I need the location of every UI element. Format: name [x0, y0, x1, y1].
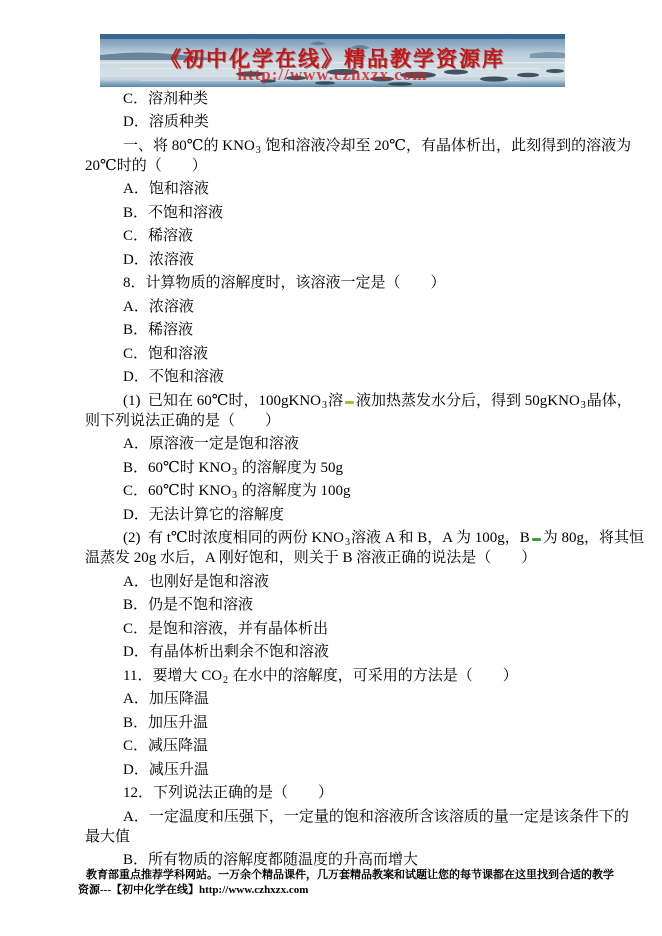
text-line: C．60℃时 KNO3 的溶解度为 100g — [85, 481, 615, 501]
green-proofing-mark-icon — [532, 538, 541, 541]
text-line: 20℃时的（ ） — [85, 156, 615, 176]
chemical-subscript: 2 — [223, 675, 228, 686]
text-line: A．一定温度和压强下，一定量的饱和溶液所含该溶质的量一定是该条件下的 — [85, 807, 615, 827]
page-footer: 教育部重点推荐学科网站。一万余个精品课件，几万套精品教案和试题让您的每节课都在这… — [78, 868, 588, 897]
chemical-subscript: 3 — [256, 145, 261, 156]
text-line: A．也刚好是饱和溶液 — [85, 572, 615, 592]
text-line: D．浓溶液 — [85, 250, 615, 270]
text-line: B．加压升温 — [85, 713, 615, 733]
yellow-proofing-mark-icon — [345, 401, 354, 404]
text-line: 12．下列说法正确的是（ ） — [85, 783, 615, 803]
text-line: 8．计算物质的溶解度时，该溶液一定是（ ） — [85, 273, 615, 293]
banner-site-url: http://www.czhxzx.com — [100, 65, 565, 85]
text-line: C．稀溶液 — [85, 226, 615, 246]
document-body: C．溶剂种类D．溶质种类一、将 80℃的 KNO3 饱和溶液冷却至 20℃，有晶… — [85, 85, 615, 870]
text-line: D．减压升温 — [85, 760, 615, 780]
text-line: 11．要增大 CO2 在水中的溶解度，可采用的方法是（ ） — [85, 666, 615, 686]
text-line: C．减压降温 — [85, 736, 615, 756]
text-line: (1) 已知在 60℃时，100gKNO3溶液加热蒸发水分后，得到 50gKNO… — [85, 391, 615, 411]
text-line: 一、将 80℃的 KNO3 饱和溶液冷却至 20℃，有晶体析出，此刻得到的溶液为 — [85, 136, 615, 156]
text-line: 最大值 — [85, 827, 615, 847]
text-line: 则下列说法正确的是（ ） — [85, 411, 615, 431]
text-line: B．稀溶液 — [85, 320, 615, 340]
text-line: B．仍是不饱和溶液 — [85, 595, 615, 615]
text-line: B．所有物质的溶解度都随温度的升高而增大 — [85, 850, 615, 870]
chemical-subscript: 3 — [232, 467, 237, 478]
text-line: A．浓溶液 — [85, 297, 615, 317]
text-line: (2) 有 t℃时浓度相同的两份 KNO3溶液 A 和 B，A 为 100g，B… — [85, 528, 615, 548]
footer-line-2: 资源---【初中化学在线】http://www.czhxzx.com — [78, 883, 588, 898]
text-line: B．不饱和溶液 — [85, 203, 615, 223]
text-line: D．溶质种类 — [85, 112, 615, 132]
text-line: D．无法计算它的溶解度 — [85, 505, 615, 525]
text-line: D．有晶体析出剩余不饱和溶液 — [85, 642, 615, 662]
text-line: D．不饱和溶液 — [85, 367, 615, 387]
chemical-subscript: 3 — [232, 490, 237, 501]
site-banner: 《初中化学在线》精品教学资源库 http://www.czhxzx.com — [100, 34, 565, 87]
chemical-subscript: 3 — [345, 537, 350, 548]
text-line: B．60℃时 KNO3 的溶解度为 50g — [85, 458, 615, 478]
text-line: A．饱和溶液 — [85, 179, 615, 199]
text-line: C．是饱和溶液，并有晶体析出 — [85, 619, 615, 639]
text-line: A．加压降温 — [85, 689, 615, 709]
text-line: 温蒸发 20g 水后，A 刚好饱和，则关于 B 溶液正确的说法是（ ） — [85, 548, 615, 568]
footer-line-1: 教育部重点推荐学科网站。一万余个精品课件，几万套精品教案和试题让您的每节课都在这… — [78, 868, 588, 883]
chemical-subscript: 3 — [581, 400, 586, 411]
text-line: A．原溶液一定是饱和溶液 — [85, 434, 615, 454]
text-line: C．饱和溶液 — [85, 344, 615, 364]
text-line: C．溶剂种类 — [85, 89, 615, 109]
chemical-subscript: 3 — [322, 400, 327, 411]
